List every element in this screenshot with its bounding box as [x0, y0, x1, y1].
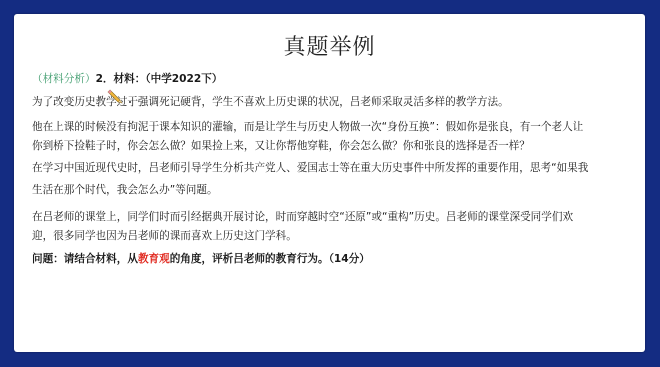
question-prefix: 问题：请结合材料，从: [32, 253, 138, 265]
question-suffix: 的角度，评析吕老师的教育行为。: [170, 253, 329, 265]
material-paragraph-1: 为了改变历史教学过于强调死记硬背，学生不喜欢上历史课的状况，吕老师采取灵活多样的…: [32, 95, 509, 109]
slide-card: 真题举例 （材料分析）2．材料：（中学2022下） 为了改变历史教学过于强调死记…: [14, 14, 645, 352]
slide-title: 真题举例: [14, 30, 645, 61]
material-paragraph-4-line-1: 在吕老师的课堂上，同学们时而引经据典开展讨论，时而穿越时空“还原”或“重构”历史…: [32, 210, 573, 224]
question-score: （14分）: [329, 253, 370, 265]
material-paragraph-3-line-1: 在学习中国近现代史时，吕老师引导学生分析共产党人、爱国志士等在重大历史事件中所发…: [32, 161, 588, 175]
question-header: （材料分析）2．材料：（中学2022下）: [32, 72, 222, 86]
cursor-dot: [129, 101, 131, 103]
question-highlight: 教育观: [138, 253, 170, 265]
question-type-tag: （材料分析）: [32, 73, 96, 85]
question-number: 2．材料：: [96, 73, 146, 85]
question-source: （中学2022下）: [145, 73, 222, 85]
question-prompt: 问题：请结合材料，从教育观的角度，评析吕老师的教育行为。（14分）: [32, 252, 370, 266]
slide-frame: 真题举例 （材料分析）2．材料：（中学2022下） 为了改变历史教学过于强调死记…: [0, 0, 660, 367]
material-paragraph-2-line-2: 你到桥下捡鞋子时，你会怎么做？如果捡上来，又让你帮他穿鞋，你会怎么做？你和张良的…: [32, 139, 530, 153]
material-paragraph-4-line-2: 迎，很多同学也因为吕老师的课而喜欢上历史这门学科。: [32, 229, 297, 243]
material-paragraph-3-line-2: 生活在那个时代，我会怎么办”等问题。: [32, 183, 218, 197]
material-paragraph-2-line-1: 他在上课的时候没有拘泥于课本知识的灌输，而是让学生与历史人物做一次“身份互换”：…: [32, 120, 583, 134]
pencil-icon: [107, 88, 123, 104]
